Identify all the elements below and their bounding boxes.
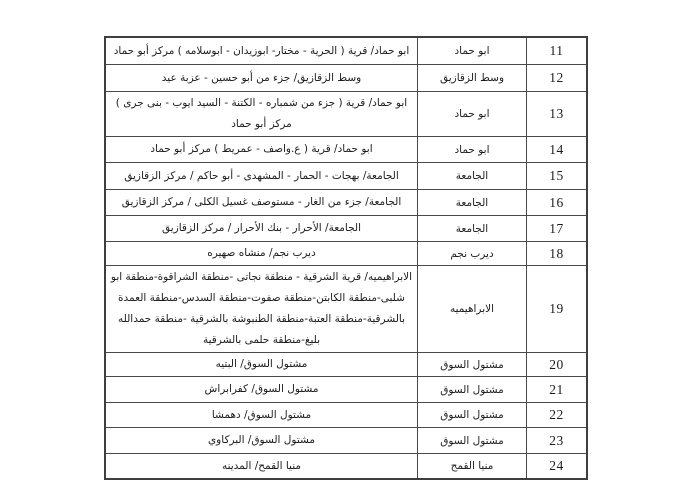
row-number-cell: 12 — [527, 65, 588, 92]
area-name-cell: مشتول السوق — [418, 377, 527, 403]
area-description-cell: ديرب نجم/ منشاه صهيره — [105, 242, 418, 266]
area-name-cell: وسط الزقازيق — [418, 65, 527, 92]
row-number-cell: 23 — [527, 428, 588, 454]
area-name-cell: الجامعة — [418, 163, 527, 190]
area-description-cell: وسط الزقازيق/ جزء من أبو حسين - عزبة عيد — [105, 65, 418, 92]
row-number-cell: 16 — [527, 190, 588, 216]
area-name-cell: الجامعة — [418, 216, 527, 242]
row-number-cell: 15 — [527, 163, 588, 190]
table-row: 12 وسط الزقازيق وسط الزقازيق/ جزء من أبو… — [105, 65, 587, 92]
table-row: 17 الجامعة الجامعة/ الأحرار - بنك الأحرا… — [105, 216, 587, 242]
table-row: 14 ابو حماد ابو حماد/ قرية ( ع.واصف - عم… — [105, 137, 587, 163]
area-description-cell: الجامعة/ الأحرار - بنك الأحرار / مركز ال… — [105, 216, 418, 242]
area-name-cell: منيا القمح — [418, 454, 527, 480]
area-description-cell: ابو حماد/ قرية ( الحرية - مختار- ابوزيدا… — [105, 37, 418, 65]
area-name-cell: ابو حماد — [418, 37, 527, 65]
area-description-cell: مشتول السوق/ البتيه — [105, 353, 418, 377]
table-row: 23 مشتول السوق مشتول السوق/ البركاوي — [105, 428, 587, 454]
table-row: 13 ابو حماد ابو حماد/ قرية ( جزء من شمبا… — [105, 92, 587, 137]
area-description-cell: منيا القمح/ المدينه — [105, 454, 418, 480]
area-description-cell: الابراهيميه/ قرية الشرقية - منطقة نجاتى … — [105, 266, 418, 353]
table-row: 15 الجامعة الجامعة/ بهجات - الحمار - الم… — [105, 163, 587, 190]
area-description-cell: مشتول السوق/ كفرابراش — [105, 377, 418, 403]
area-name-cell: مشتول السوق — [418, 428, 527, 454]
area-description-cell: مشتول السوق/ البركاوي — [105, 428, 418, 454]
table-body: 11 ابو حماد ابو حماد/ قرية ( الحرية - مخ… — [105, 37, 587, 479]
table-row: 18 ديرب نجم ديرب نجم/ منشاه صهيره — [105, 242, 587, 266]
table-row: 11 ابو حماد ابو حماد/ قرية ( الحرية - مخ… — [105, 37, 587, 65]
row-number-cell: 21 — [527, 377, 588, 403]
row-number-cell: 11 — [527, 37, 588, 65]
area-name-cell: ابو حماد — [418, 137, 527, 163]
area-description-cell: ابو حماد/ قرية ( ع.واصف - عمريط ) مركز أ… — [105, 137, 418, 163]
scanned-page: 11 ابو حماد ابو حماد/ قرية ( الحرية - مخ… — [0, 0, 674, 485]
area-name-cell: مشتول السوق — [418, 403, 527, 428]
area-name-cell: الابراهيميه — [418, 266, 527, 353]
table-row: 19 الابراهيميه الابراهيميه/ قرية الشرقية… — [105, 266, 587, 353]
area-name-cell: مشتول السوق — [418, 353, 527, 377]
row-number-cell: 17 — [527, 216, 588, 242]
row-number-cell: 20 — [527, 353, 588, 377]
table-row: 16 الجامعة الجامعة/ جزء من الغار - مستوص… — [105, 190, 587, 216]
area-name-cell: ديرب نجم — [418, 242, 527, 266]
row-number-cell: 13 — [527, 92, 588, 137]
area-name-cell: ابو حماد — [418, 92, 527, 137]
table-row: 20 مشتول السوق مشتول السوق/ البتيه — [105, 353, 587, 377]
table-row: 22 مشتول السوق مشتول السوق/ دهمشا — [105, 403, 587, 428]
area-description-cell: الجامعة/ جزء من الغار - مستوصف غسيل الكل… — [105, 190, 418, 216]
row-number-cell: 24 — [527, 454, 588, 480]
table-row: 21 مشتول السوق مشتول السوق/ كفرابراش — [105, 377, 587, 403]
row-number-cell: 18 — [527, 242, 588, 266]
area-description-cell: الجامعة/ بهجات - الحمار - المشهدى - أبو … — [105, 163, 418, 190]
row-number-cell: 19 — [527, 266, 588, 353]
table-row: 24 منيا القمح منيا القمح/ المدينه — [105, 454, 587, 480]
area-name-cell: الجامعة — [418, 190, 527, 216]
area-description-cell: مشتول السوق/ دهمشا — [105, 403, 418, 428]
zones-table: 11 ابو حماد ابو حماد/ قرية ( الحرية - مخ… — [104, 36, 588, 480]
row-number-cell: 22 — [527, 403, 588, 428]
row-number-cell: 14 — [527, 137, 588, 163]
area-description-cell: ابو حماد/ قرية ( جزء من شمباره - الكتنة … — [105, 92, 418, 137]
